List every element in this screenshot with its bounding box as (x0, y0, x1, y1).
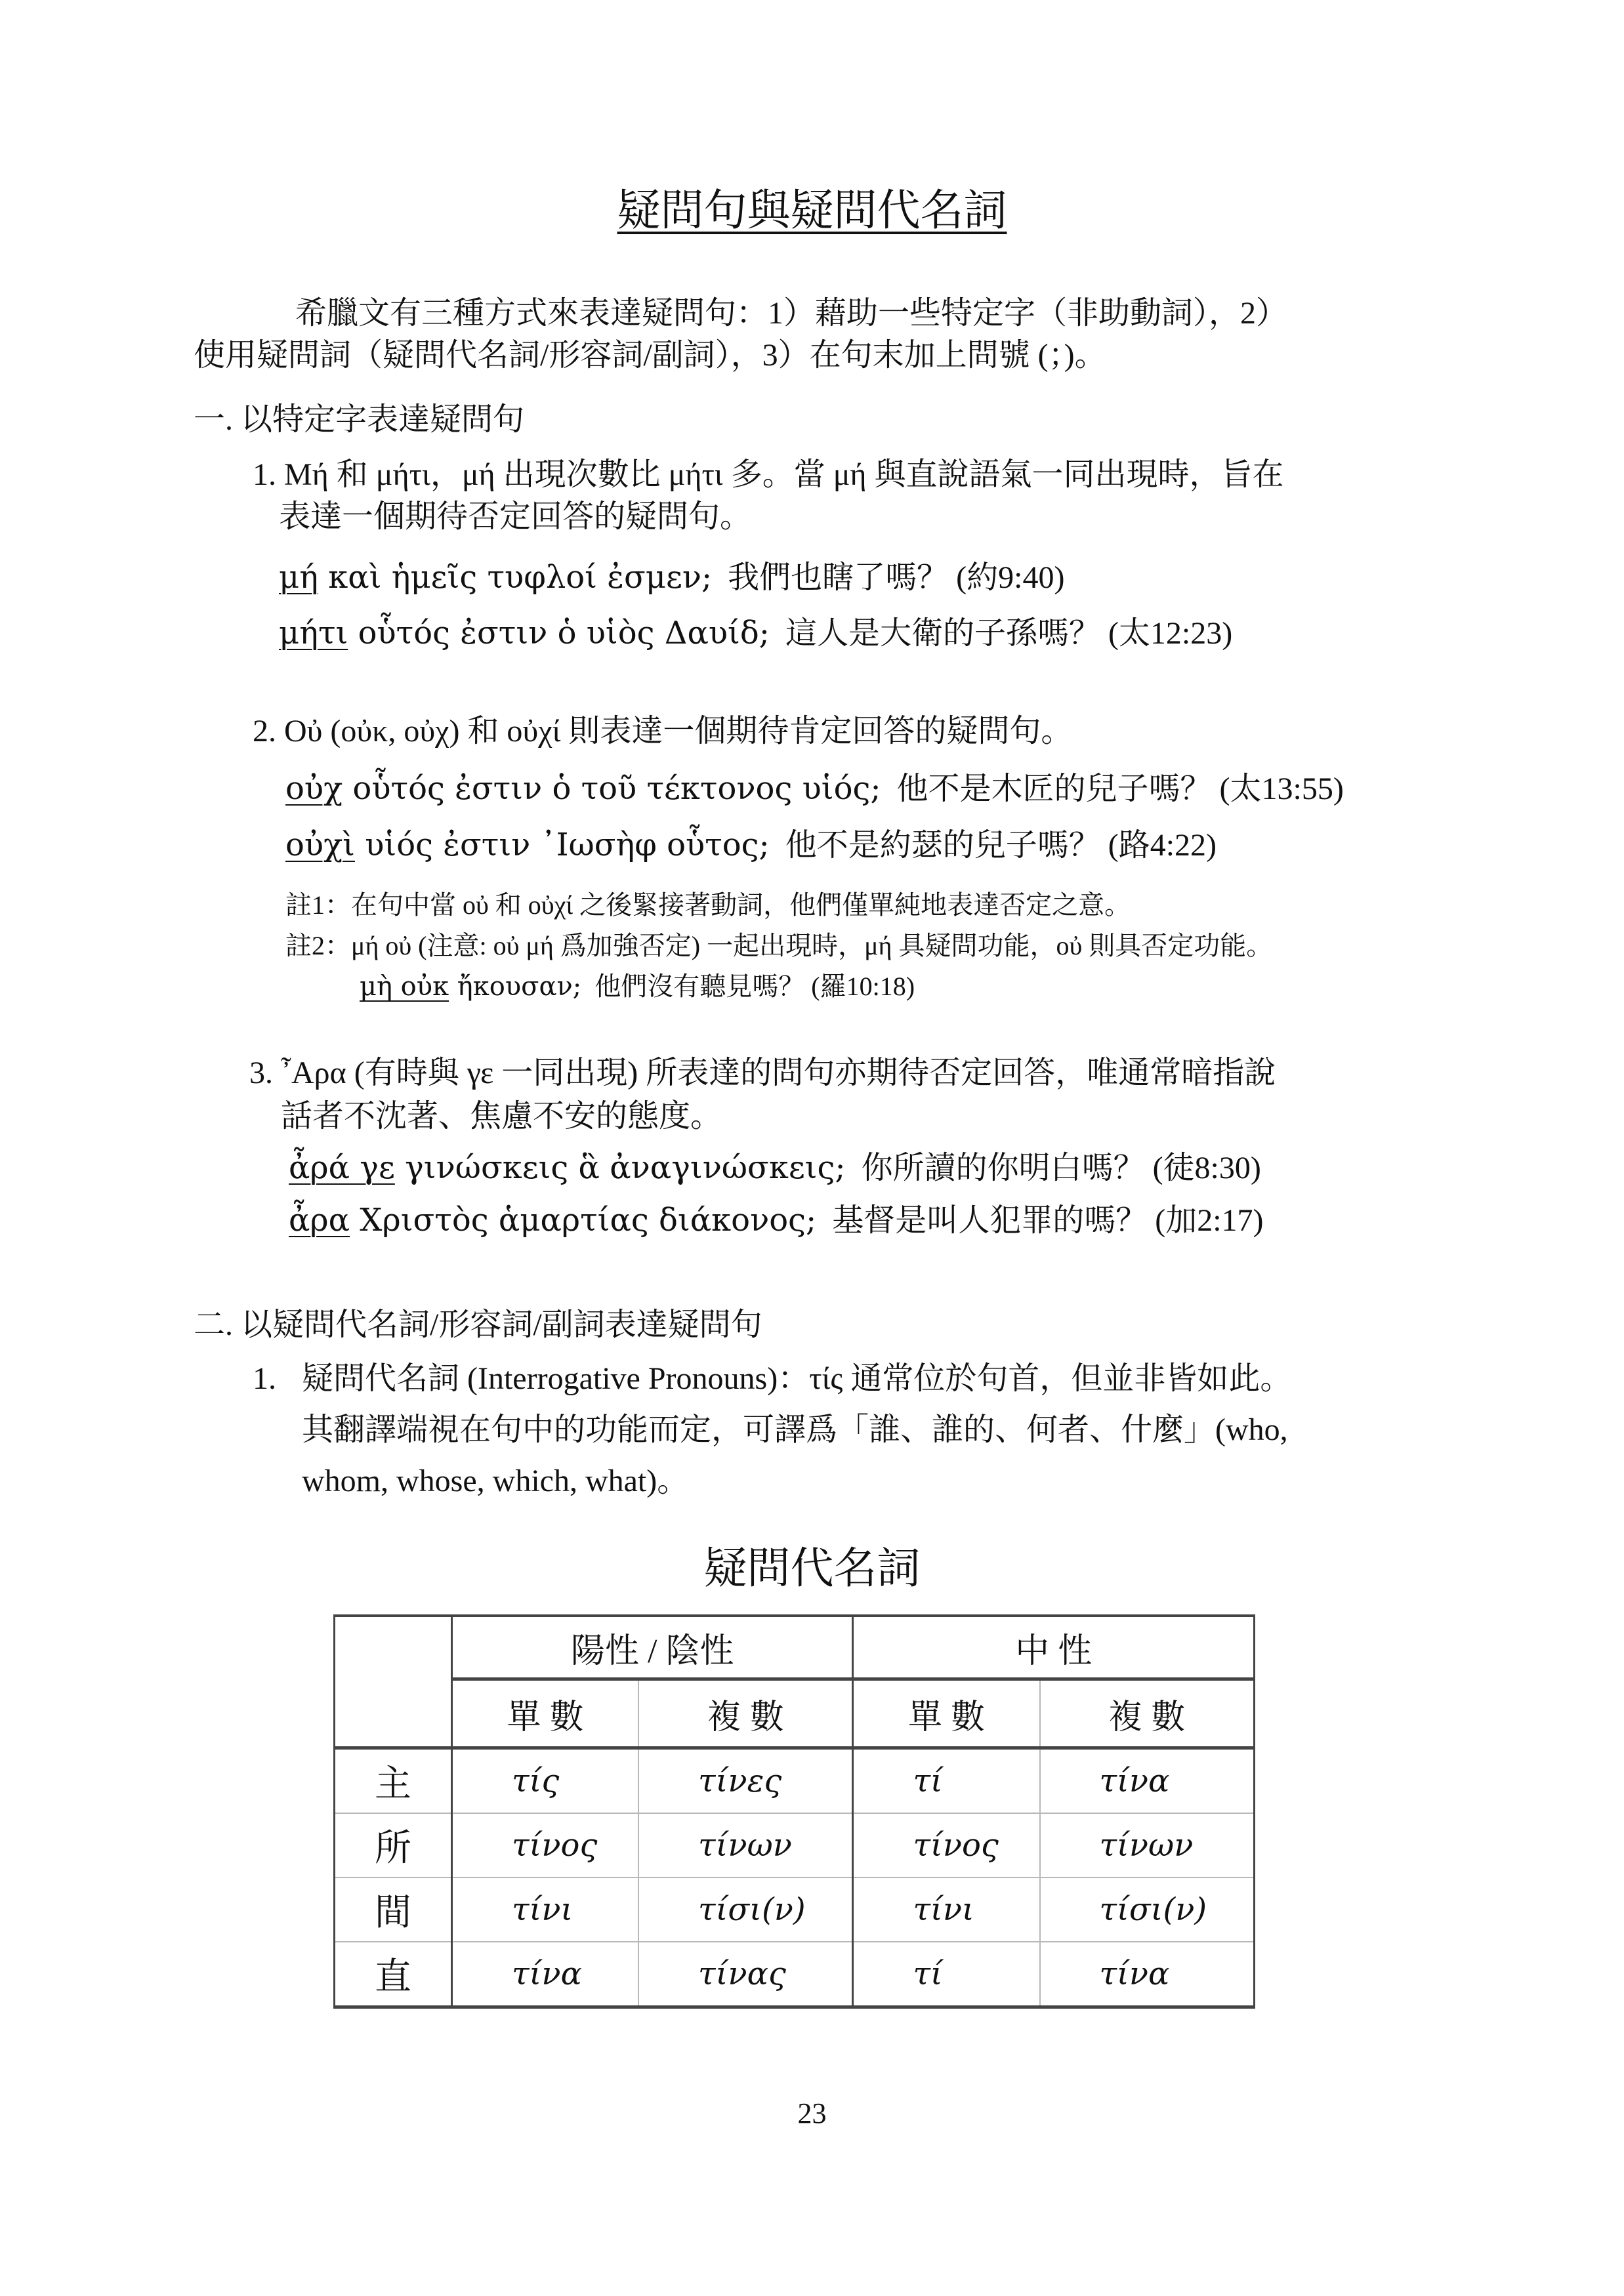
translation: 我們也瞎了嗎？ (約9:40) (728, 560, 1064, 595)
greek-text: καὶ ἡμεῖς τυφλοί ἐσμεν; (318, 559, 712, 596)
number-header: 單 數 (452, 1679, 639, 1748)
example-line: οὐχ οὗτός ἐστιν ὁ τοῦ τέκτονος υἱός; 他不是… (285, 769, 1344, 809)
translation: 他不是木匠的兒子嗎？ (太13:55) (897, 771, 1344, 806)
greek-text: γινώσκεις ἃ ἀναγινώσκεις; (395, 1149, 846, 1186)
table-title: 疑問代名詞 (0, 1543, 1624, 1595)
table-row: 主 τίς τίνες τί τίνα (335, 1748, 1255, 1814)
example-line: ἆρά γε γινώσκεις ἃ ἀναγινώσκεις; 你所讀的你明白… (289, 1148, 1261, 1188)
underlined-greek: οὐχὶ (285, 827, 355, 863)
table-cell: τίνων (638, 1813, 853, 1877)
table-cell: τίνι (853, 1877, 1040, 1942)
intro-line-2: 使用疑問詞（疑問代名詞/形容詞/副詞），3）在句末加上問號 (；)。 (194, 336, 1106, 375)
section-2-item-line-1: 疑問代名詞 (Interrogative Pronouns)：τίς 通常位於句… (302, 1359, 1291, 1399)
note-2-example: μὴ οὐκ ἤκουσαν; 他們沒有聽見嗎？ (羅10:18) (360, 970, 915, 1004)
table-cell: τίσι(ν) (638, 1877, 853, 1942)
number-header: 複 數 (638, 1679, 853, 1748)
item-3-line-2: 話者不沈著、焦慮不安的態度。 (281, 1097, 722, 1136)
table-cell: τί (853, 1942, 1040, 2007)
translation: 你所讀的你明白嗎？ (徒8:30) (862, 1151, 1261, 1185)
greek-text: ἤκουσαν; (449, 972, 581, 1002)
item-3-line-1: 3. ῏Αρα (有時與 γε 一同出現) 所表達的問句亦期待否定回答，唯通常暗… (249, 1054, 1276, 1093)
section-2-item-line-2: 其翻譯端視在句中的功能而定，可譯爲「誰、誰的、何者、什麼」(who, (302, 1410, 1288, 1450)
greek-text: υἱός ἐστιν ᾿Ιωσὴφ οὗτος; (355, 827, 770, 863)
gender-header-neuter: 中 性 (853, 1616, 1255, 1679)
page-number: 23 (0, 2097, 1624, 2130)
table-row: 間 τίνι τίσι(ν) τίνι τίσι(ν) (335, 1877, 1255, 1942)
example-line: μή καὶ ἡμεῖς τυφλοί ἐσμεν; 我們也瞎了嗎？ (約9:4… (279, 558, 1064, 598)
table-cell: τίνων (1040, 1813, 1255, 1877)
note-1: 註1：在句中當 οὐ 和 οὐχί 之後緊接著動詞，他們僅單純地表達否定之意。 (285, 888, 1131, 922)
translation: 這人是大衛的子孫嗎？ (太12:23) (785, 616, 1232, 651)
underlined-greek: ἆρα (289, 1202, 350, 1239)
note-2: 註2：μή οὐ (注意: οὐ μή 爲加強否定) 一起出現時，μή 具疑問功… (285, 929, 1272, 963)
table-cell: τίνος (853, 1813, 1040, 1877)
corner-cell (335, 1616, 452, 1748)
case-label: 所 (335, 1813, 452, 1877)
case-label: 直 (335, 1942, 452, 2007)
example-line: μήτι οὗτός ἐστιν ὁ υἱὸς Δαυίδ; 這人是大衛的子孫嗎… (279, 613, 1232, 653)
greek-text: οὗτός ἐστιν ὁ υἱὸς Δαυίδ; (348, 615, 770, 651)
table-cell: τίνας (638, 1942, 853, 2007)
item-1-line-2: 表達一個期待否定回答的疑問句。 (279, 497, 751, 537)
underlined-greek: οὐχ (285, 770, 343, 807)
item-1-line-1: 1. Μή 和 μήτι，μή 出現次數比 μήτι 多。當 μή 與直說語氣一… (253, 455, 1284, 495)
table-cell: τίσι(ν) (1040, 1877, 1255, 1942)
underlined-greek: μή (279, 559, 318, 596)
gender-header-masc-fem: 陽性 / 陰性 (452, 1616, 853, 1679)
table-cell: τί (853, 1748, 1040, 1814)
table-cell: τίς (452, 1748, 639, 1814)
greek-text: οὗτός ἐστιν ὁ τοῦ τέκτονος υἱός; (343, 770, 881, 807)
table-cell: τίνα (452, 1942, 639, 2007)
section-2-item-number: 1. (253, 1359, 276, 1399)
page-title: 疑問句與疑問代名詞 (0, 185, 1624, 237)
table-row: 所 τίνος τίνων τίνος τίνων (335, 1813, 1255, 1877)
translation: 基督是叫人犯罪的嗎？ (加2:17) (832, 1203, 1263, 1238)
table-row: 直 τίνα τίνας τί τίνα (335, 1942, 1255, 2007)
table-cell: τίνες (638, 1748, 853, 1814)
case-label: 主 (335, 1748, 452, 1814)
translation: 他不是約瑟的兒子嗎？ (路4:22) (785, 828, 1217, 863)
example-line: οὐχὶ υἱός ἐστιν ᾿Ιωσὴφ οὗτος; 他不是約瑟的兒子嗎？… (285, 825, 1217, 865)
item-2-line: 2. Οὐ (οὐκ, οὐχ) 和 οὐχί 則表達一個期待肯定回答的疑問句。 (253, 712, 1072, 751)
section-2-item-line-3: whom, whose, which, what)。 (302, 1462, 688, 1501)
intro-line-1: 希臘文有三種方式來表達疑問句：1）藉助一些特定字（非助動詞），2） (295, 294, 1287, 333)
table-cell: τίνα (1040, 1942, 1255, 2007)
number-header: 單 數 (853, 1679, 1040, 1748)
translation: 他們沒有聽見嗎？ (羅10:18) (594, 972, 915, 1001)
underlined-greek: ἆρά γε (289, 1149, 395, 1186)
case-label: 間 (335, 1877, 452, 1942)
greek-text: Χριστὸς ἁμαρτίας διάκονος; (350, 1202, 816, 1239)
underlined-greek: μήτι (279, 615, 348, 651)
example-line: ἆρα Χριστὸς ἁμαρτίας διάκονος; 基督是叫人犯罪的嗎… (289, 1200, 1264, 1240)
underlined-greek: μὴ οὐκ (360, 972, 449, 1002)
section-1-heading: 一. 以特定字表達疑問句 (194, 400, 524, 440)
table-cell: τίνος (452, 1813, 639, 1877)
section-2-heading: 二. 以疑問代名詞/形容詞/副詞表達疑問句 (194, 1305, 762, 1345)
interrogative-pronoun-table: 陽性 / 陰性 中 性 單 數 複 數 單 數 複 數 主 τίς τίνες … (333, 1614, 1255, 2009)
table-cell: τίνα (1040, 1748, 1255, 1814)
table-cell: τίνι (452, 1877, 639, 1942)
number-header: 複 數 (1040, 1679, 1255, 1748)
